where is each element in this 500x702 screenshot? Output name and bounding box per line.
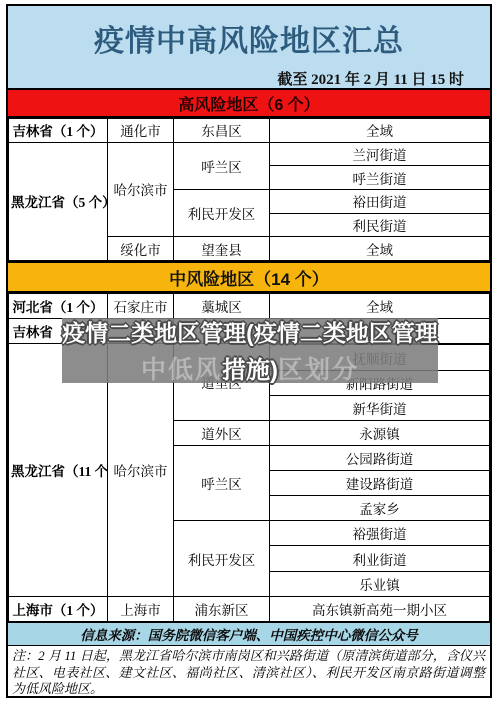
province-cell: 上海市（1 个） [9, 596, 108, 621]
high-risk-table: 吉林省（1 个） 通化市 东昌区 全域 黑龙江省（5 个） 哈尔滨市 呼兰区 兰… [8, 118, 490, 261]
province-cell: 吉林省（1 个） [9, 119, 108, 143]
district-cell: 呼兰区 [174, 445, 270, 520]
area-cell: 全域 [270, 237, 490, 261]
high-risk-banner: 高风险地区（6 个） [8, 88, 490, 118]
caption-line1: 疫情二类地区管理(疫情二类地区管理 [62, 315, 438, 348]
area-cell: 乐业镇 [270, 571, 490, 596]
area-cell: 永源镇 [270, 420, 490, 445]
caption-overlay: 疫情二类地区管理(疫情二类地区管理 中低风 措施) 区划分 [62, 318, 438, 383]
area-cell: 裕强街道 [270, 521, 490, 546]
area-cell: 建设路街道 [270, 471, 490, 496]
area-cell: 高东镇新高苑一期小区 [270, 596, 490, 621]
area-cell: 兰河街道 [270, 142, 490, 166]
watermark-left: 中低风 [141, 350, 222, 386]
watermark-right: 区划分 [278, 350, 359, 386]
district-cell: 利民开发区 [174, 189, 270, 236]
city-cell: 上海市 [108, 596, 174, 621]
area-cell: 利业街道 [270, 546, 490, 571]
table-row: 上海市（1 个） 上海市 浦东新区 高东镇新高苑一期小区 [9, 596, 490, 621]
as-of-date: 截至 2021 年 2 月 11 日 15 时 [8, 68, 490, 89]
district-cell: 利民开发区 [174, 521, 270, 596]
area-cell: 裕田街道 [270, 189, 490, 213]
table-row: 吉林省（1 个） 通化市 东昌区 全域 [9, 119, 490, 143]
info-source-bar: 信息来源：国务院微信客户端、中国疾控中心微信公众号 [8, 622, 490, 646]
area-cell: 孟家乡 [270, 496, 490, 521]
district-cell: 呼兰区 [174, 142, 270, 189]
page-title: 疫情中高风险地区汇总 [8, 16, 490, 60]
info-source-text: 信息来源：国务院微信客户端、中国疾控中心微信公众号 [80, 624, 418, 644]
area-cell: 全域 [270, 119, 490, 143]
area-cell: 新华街道 [270, 395, 490, 420]
header-panel: 疫情中高风险地区汇总 截至 2021 年 2 月 11 日 15 时 [8, 6, 490, 88]
district-cell: 浦东新区 [174, 596, 270, 621]
caption-line2: 中低风 措施) 区划分 [141, 350, 359, 386]
district-cell: 东昌区 [174, 119, 270, 143]
city-cell: 绥化市 [108, 237, 174, 261]
high-risk-banner-label: 高风险地区（6 个） [178, 92, 319, 115]
province-cell: 黑龙江省（5 个） [9, 142, 108, 260]
caption-line2-text: 措施) [222, 350, 278, 385]
footnote: 注：2 月 11 日起，黑龙江省哈尔滨市南岗区和兴路街道（原清滨街道部分，含仪兴… [8, 646, 490, 698]
medium-risk-banner: 中风险地区（14 个） [8, 261, 490, 293]
area-cell: 公园路街道 [270, 445, 490, 470]
city-cell: 哈尔滨市 [108, 142, 174, 237]
area-cell: 利民街道 [270, 213, 490, 237]
district-cell: 望奎县 [174, 237, 270, 261]
medium-risk-banner-label: 中风险地区（14 个） [169, 265, 329, 290]
table-row: 黑龙江省（5 个） 哈尔滨市 呼兰区 兰河街道 [9, 142, 490, 166]
district-cell: 道外区 [174, 420, 270, 445]
city-cell: 通化市 [108, 119, 174, 143]
area-cell: 呼兰街道 [270, 166, 490, 190]
